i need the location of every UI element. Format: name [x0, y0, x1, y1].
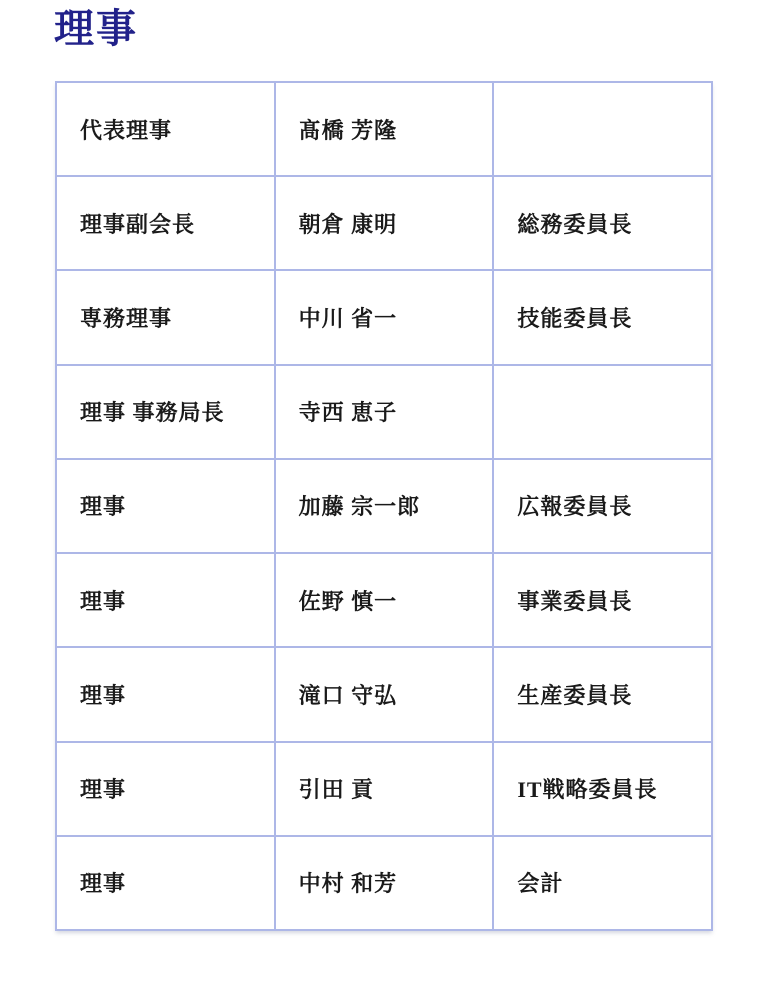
role-cell: 専務理事: [56, 270, 275, 364]
table-row: 理事 引田 貢 IT戦略委員長: [56, 742, 712, 836]
name-cell: 中村 和芳: [275, 836, 494, 930]
name-cell: 朝倉 康明: [275, 176, 494, 270]
name-cell: 滝口 守弘: [275, 647, 494, 741]
page-title: 理事: [54, 4, 138, 54]
name-cell: 寺西 恵子: [275, 365, 494, 459]
committee-cell: 会計: [493, 836, 712, 930]
board-members-table: 代表理事 髙橋 芳隆 理事副会長 朝倉 康明 総務委員長 専務理事 中川 省一 …: [55, 81, 713, 931]
role-cell: 理事: [56, 459, 275, 553]
name-cell: 髙橋 芳隆: [275, 82, 494, 176]
table-row: 理事 事務局長 寺西 恵子: [56, 365, 712, 459]
role-cell: 理事副会長: [56, 176, 275, 270]
table-row: 理事副会長 朝倉 康明 総務委員長: [56, 176, 712, 270]
table-row: 理事 中村 和芳 会計: [56, 836, 712, 930]
page: 理事 代表理事 髙橋 芳隆 理事副会長 朝倉 康明 総務委員長 専務理事 中川 …: [0, 0, 768, 999]
table-row: 代表理事 髙橋 芳隆: [56, 82, 712, 176]
name-cell: 中川 省一: [275, 270, 494, 364]
committee-cell: [493, 365, 712, 459]
role-cell: 理事 事務局長: [56, 365, 275, 459]
committee-cell: 広報委員長: [493, 459, 712, 553]
name-cell: 加藤 宗一郎: [275, 459, 494, 553]
table-row: 理事 加藤 宗一郎 広報委員長: [56, 459, 712, 553]
role-cell: 理事: [56, 742, 275, 836]
committee-cell: 事業委員長: [493, 553, 712, 647]
name-cell: 佐野 慎一: [275, 553, 494, 647]
name-cell: 引田 貢: [275, 742, 494, 836]
table-body: 代表理事 髙橋 芳隆 理事副会長 朝倉 康明 総務委員長 専務理事 中川 省一 …: [56, 82, 712, 930]
committee-cell: IT戦略委員長: [493, 742, 712, 836]
committee-cell: 総務委員長: [493, 176, 712, 270]
role-cell: 代表理事: [56, 82, 275, 176]
role-cell: 理事: [56, 647, 275, 741]
table-row: 理事 佐野 慎一 事業委員長: [56, 553, 712, 647]
role-cell: 理事: [56, 553, 275, 647]
table-row: 専務理事 中川 省一 技能委員長: [56, 270, 712, 364]
committee-cell: [493, 82, 712, 176]
committee-cell: 技能委員長: [493, 270, 712, 364]
committee-cell: 生産委員長: [493, 647, 712, 741]
role-cell: 理事: [56, 836, 275, 930]
table-row: 理事 滝口 守弘 生産委員長: [56, 647, 712, 741]
